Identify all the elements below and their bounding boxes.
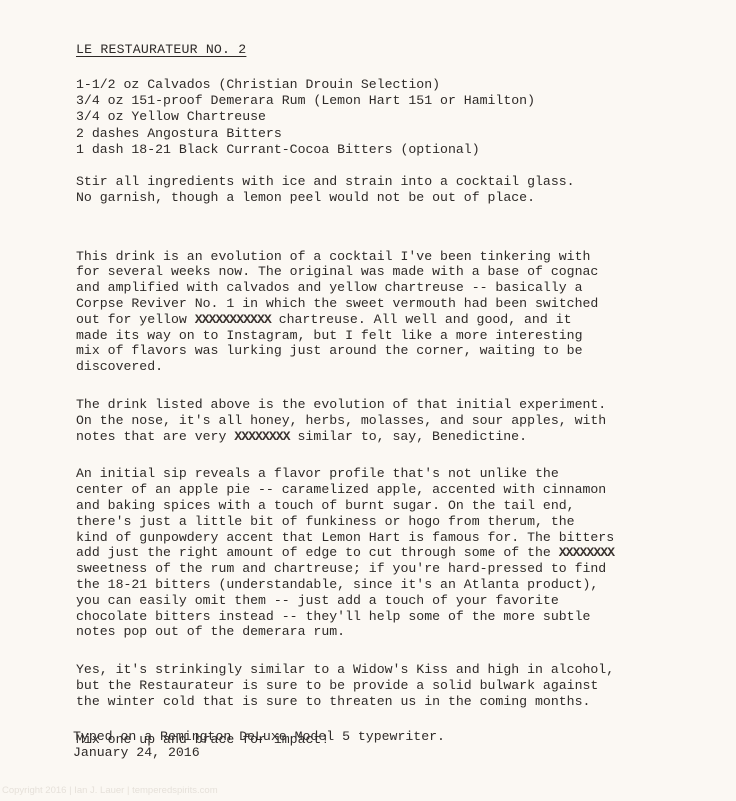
- paragraph-line: On the nose, it's all honey, herbs, mola…: [76, 413, 726, 429]
- paragraph: An initial sip reveals a flavor profile …: [76, 466, 726, 640]
- ingredient-list: 1-1/2 oz Calvados (Christian Drouin Sele…: [76, 77, 726, 158]
- paragraph-line: there's just a little bit of funkiness o…: [76, 514, 726, 530]
- paragraph-line: and baking spices with a touch of burnt …: [76, 498, 726, 514]
- ingredient-line: 1 dash 18-21 Black Currant-Cocoa Bitters…: [76, 142, 726, 158]
- paragraph-line: Yes, it's strinkingly similar to a Widow…: [76, 662, 726, 678]
- paragraph-line: the winter cold that is sure to threaten…: [76, 694, 726, 710]
- paragraph-line: add just the right amount of edge to cut…: [76, 545, 726, 561]
- strikeout: XXXXXXXX: [234, 429, 289, 444]
- paragraph-line: out for yellow XXXXXXXXXXX chartreuse. A…: [76, 312, 726, 328]
- body-text: This drink is an evolution of a cocktail…: [76, 249, 726, 748]
- strikeout: XXXXXXXX: [559, 545, 614, 560]
- paragraph: The drink listed above is the evolution …: [76, 397, 726, 444]
- ingredient-line: 3/4 oz 151-proof Demerara Rum (Lemon Har…: [76, 93, 726, 109]
- paragraph-line: the 18-21 bitters (understandable, since…: [76, 577, 726, 593]
- paragraph-line: made its way on to Instagram, but I felt…: [76, 328, 726, 344]
- recipe-title: LE RESTAURATEUR NO. 2: [76, 42, 726, 58]
- paragraph-line: but the Restaurateur is sure to be provi…: [76, 678, 726, 694]
- paragraph-line: kind of gunpowdery accent that Lemon Har…: [76, 530, 726, 546]
- instruction-line: No garnish, though a lemon peel would no…: [76, 190, 726, 206]
- paragraph-line: center of an apple pie -- caramelized ap…: [76, 482, 726, 498]
- paragraph: Yes, it's strinkingly similar to a Widow…: [76, 662, 726, 709]
- paragraph-line: An initial sip reveals a flavor profile …: [76, 466, 726, 482]
- ingredient-line: 1-1/2 oz Calvados (Christian Drouin Sele…: [76, 77, 726, 93]
- copyright-watermark: Copyright 2016 | Ian J. Lauer | tempered…: [2, 785, 218, 796]
- typed-page: LE RESTAURATEUR NO. 2 1-1/2 oz Calvados …: [76, 42, 726, 747]
- signature-block: Typed on a Remington DeLuxe Model 5 type…: [73, 729, 445, 761]
- paragraph-line: The drink listed above is the evolution …: [76, 397, 726, 413]
- paragraph-line: notes that are very XXXXXXXX similar to,…: [76, 429, 726, 445]
- ingredient-line: 3/4 oz Yellow Chartreuse: [76, 109, 726, 125]
- instructions: Stir all ingredients with ice and strain…: [76, 174, 726, 206]
- paragraph-line: notes pop out of the demerara rum.: [76, 624, 726, 640]
- paragraph-line: chocolate bitters instead -- they'll hel…: [76, 609, 726, 625]
- paragraph-line: and amplified with calvados and yellow c…: [76, 280, 726, 296]
- signature-date: January 24, 2016: [73, 745, 445, 761]
- paragraph-line: Corpse Reviver No. 1 in which the sweet …: [76, 296, 726, 312]
- paragraph-line: discovered.: [76, 359, 726, 375]
- paragraph-line: sweetness of the rum and chartreuse; if …: [76, 561, 726, 577]
- paragraph-line: you can easily omit them -- just add a t…: [76, 593, 726, 609]
- paragraph-line: for several weeks now. The original was …: [76, 264, 726, 280]
- paragraph-line: mix of flavors was lurking just around t…: [76, 343, 726, 359]
- instruction-line: Stir all ingredients with ice and strain…: [76, 174, 726, 190]
- strikeout: XXXXXXXXXXX: [195, 312, 271, 327]
- paragraph-line: This drink is an evolution of a cocktail…: [76, 249, 726, 265]
- paragraph: This drink is an evolution of a cocktail…: [76, 249, 726, 375]
- signature-line: Typed on a Remington DeLuxe Model 5 type…: [73, 729, 445, 745]
- ingredient-line: 2 dashes Angostura Bitters: [76, 126, 726, 142]
